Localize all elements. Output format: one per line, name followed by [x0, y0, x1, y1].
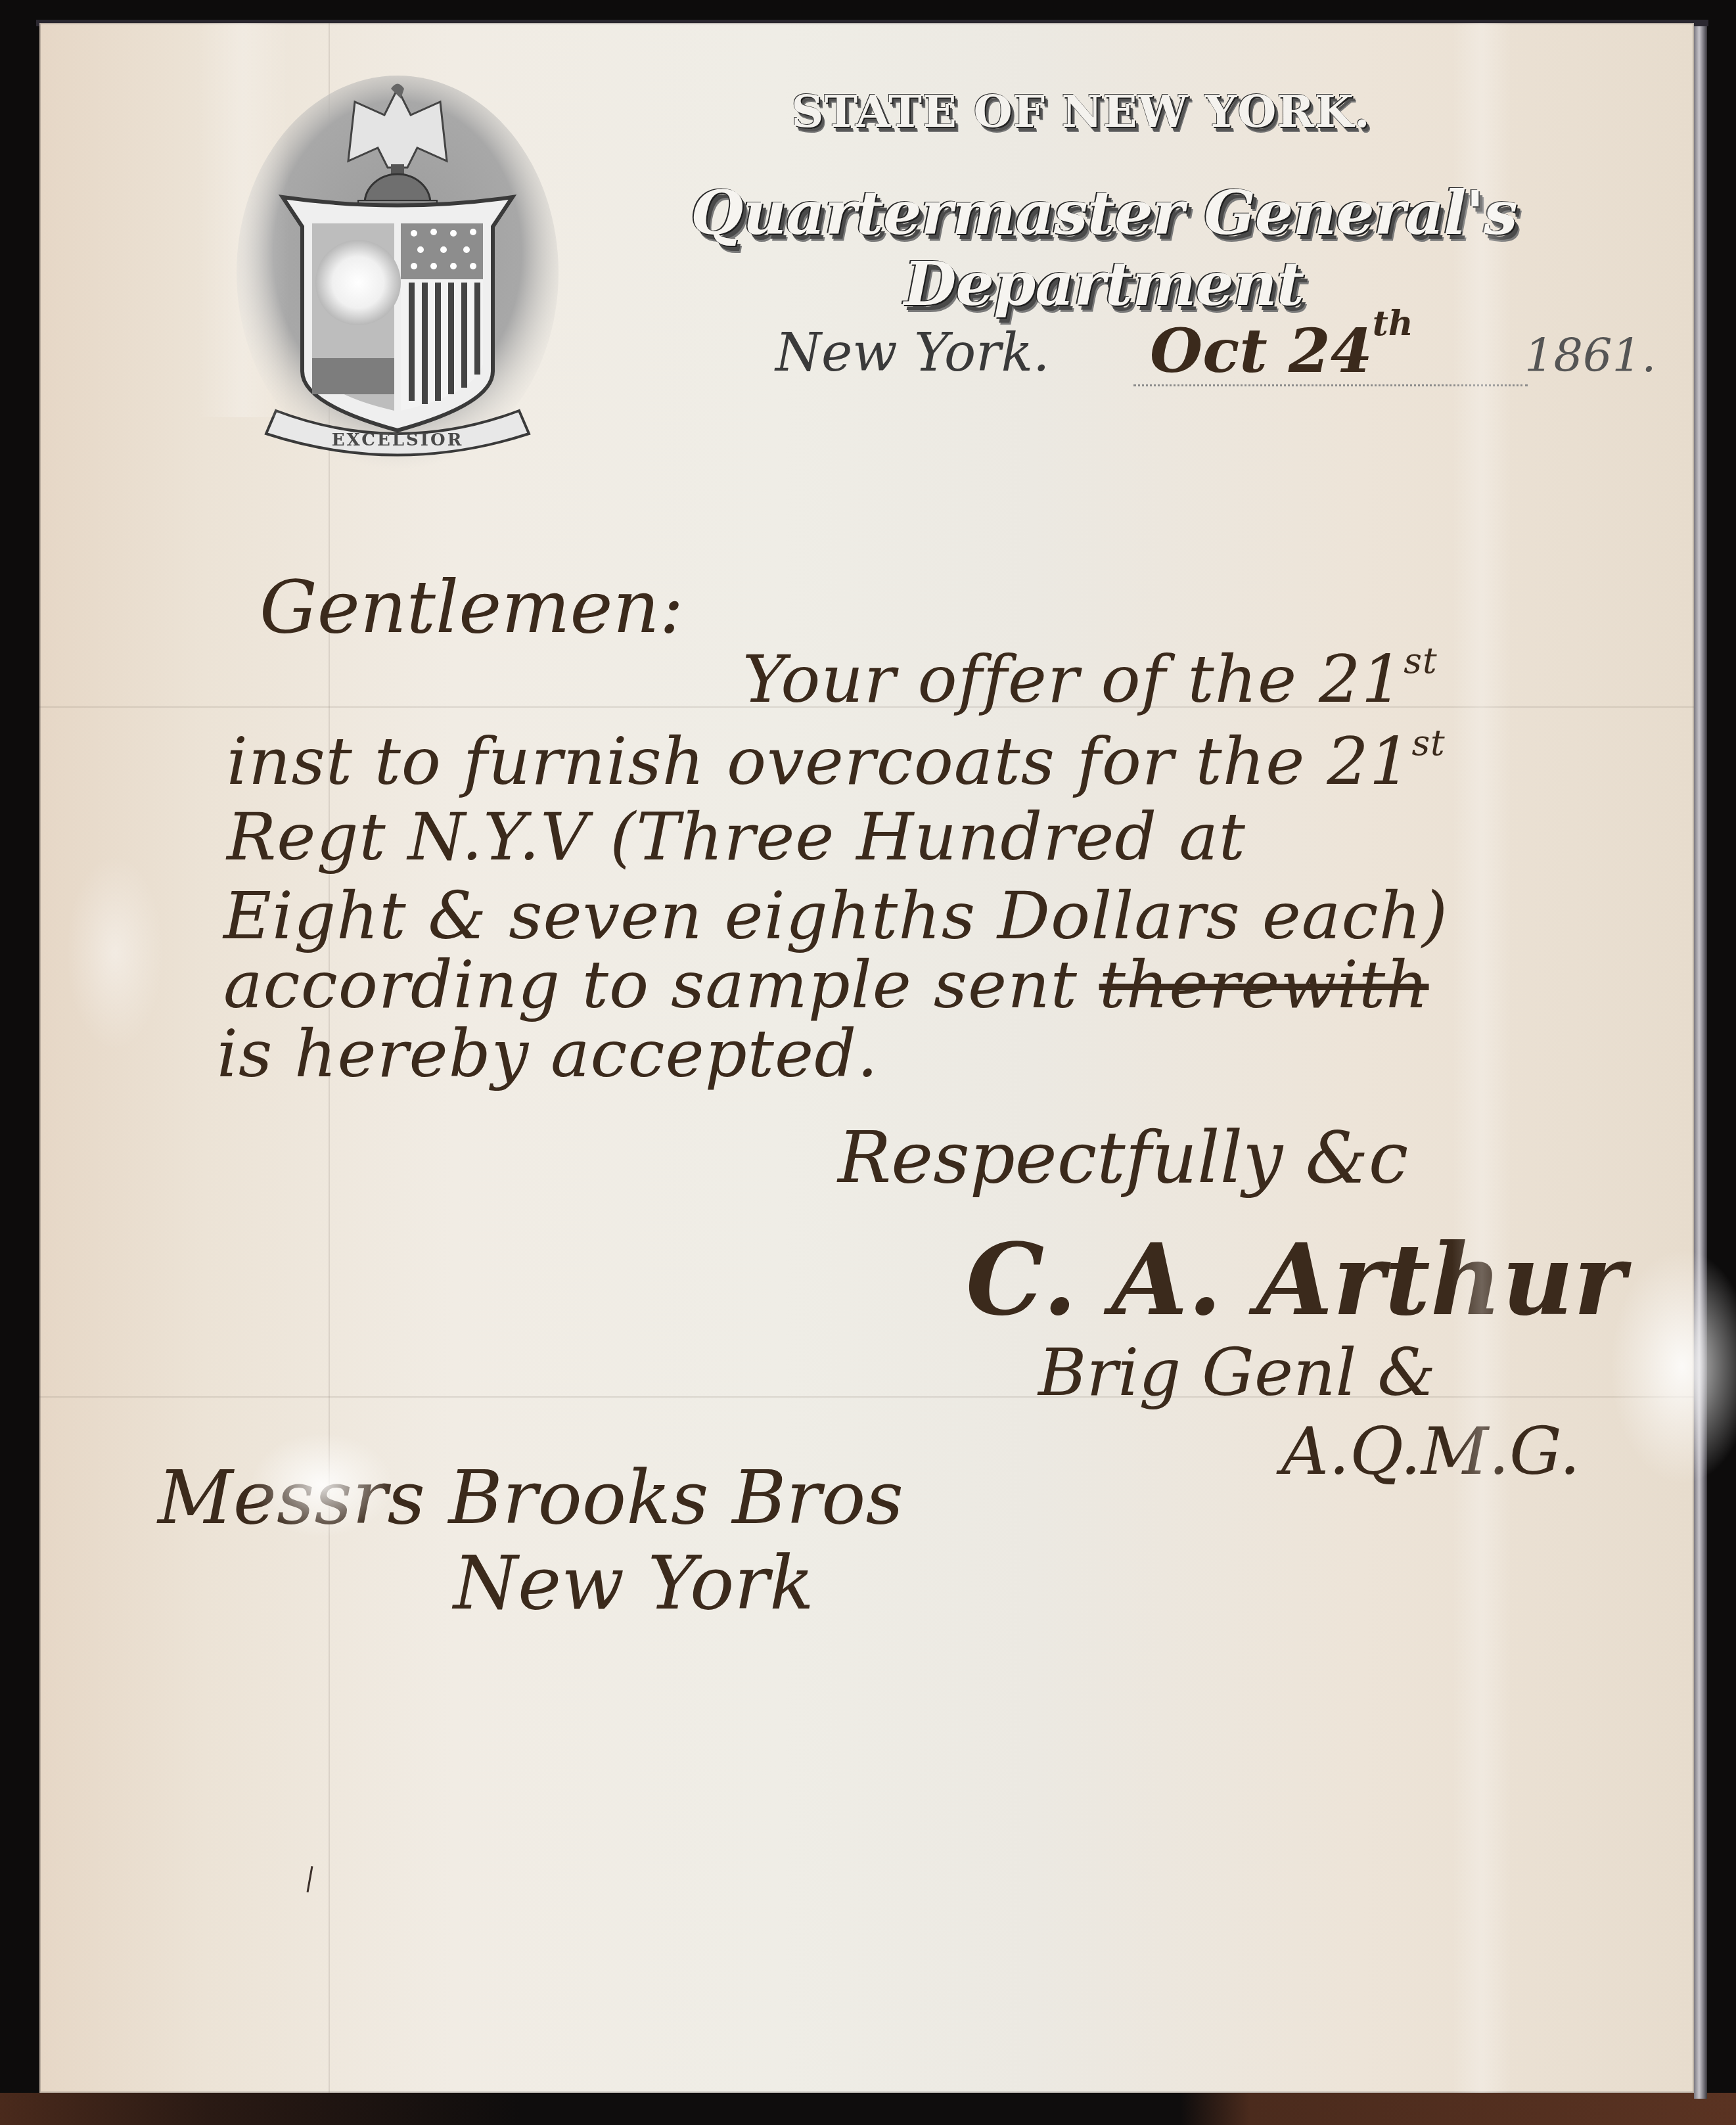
- line-text: according to sample sent: [223, 946, 1099, 1023]
- body-line: Eight & seven eighths Dollars each): [223, 877, 1448, 954]
- line-text: is hereby accepted.: [217, 1015, 879, 1092]
- fold-line: [39, 1396, 1694, 1398]
- signature: C. A. Arthur: [966, 1222, 1626, 1338]
- letterhead-state: STATE OF NEW YORK.: [769, 85, 1393, 138]
- signer-office: A.Q.M.G.: [1281, 1413, 1580, 1490]
- dateline-date: Oct 24th: [1150, 315, 1413, 386]
- crest-motto: EXCELSIOR: [309, 430, 486, 450]
- dateline-city: New York.: [775, 322, 1049, 383]
- date-suffix: th: [1373, 304, 1413, 344]
- ordinal-suffix: st: [1404, 640, 1437, 681]
- letterhead-department: Quartermaster General's Department: [578, 177, 1630, 319]
- body-line: according to sample sent therewith: [223, 946, 1429, 1023]
- date-text: Oct 24: [1150, 315, 1373, 386]
- line-text: Regt N.Y.V (Three Hundred at: [227, 798, 1246, 875]
- glass-side-edge: [1694, 26, 1707, 2099]
- new-york-crest: EXCELSIOR: [237, 62, 559, 470]
- ordinal-suffix: st: [1411, 722, 1445, 764]
- addressee-city: New York: [453, 1541, 814, 1626]
- body-line: inst to furnish overcoats for the 21st: [227, 723, 1446, 800]
- closing: Respectfully &c: [838, 1117, 1408, 1199]
- dateline: New York. Oct 24th 1861.: [756, 315, 1643, 394]
- body-line: is hereby accepted.: [217, 1015, 879, 1092]
- body-line: Regt N.Y.V (Three Hundred at: [227, 798, 1246, 875]
- line-text: Your offer of the 21: [742, 641, 1404, 718]
- dateline-year: 1861.: [1524, 329, 1656, 382]
- signer-title: Brig Genl &: [1038, 1334, 1436, 1411]
- crest-icon: [237, 62, 559, 470]
- display-base: [0, 2093, 1736, 2125]
- line-text: Eight & seven eighths Dollars each): [223, 877, 1448, 954]
- line-text: inst to furnish overcoats for the 21: [227, 723, 1411, 800]
- struck-word: therewith: [1099, 946, 1429, 1023]
- salutation: Gentlemen:: [260, 565, 684, 649]
- body-line: Your offer of the 21st: [742, 641, 1438, 718]
- addressee-name: Messrs Brooks Bros: [158, 1455, 903, 1541]
